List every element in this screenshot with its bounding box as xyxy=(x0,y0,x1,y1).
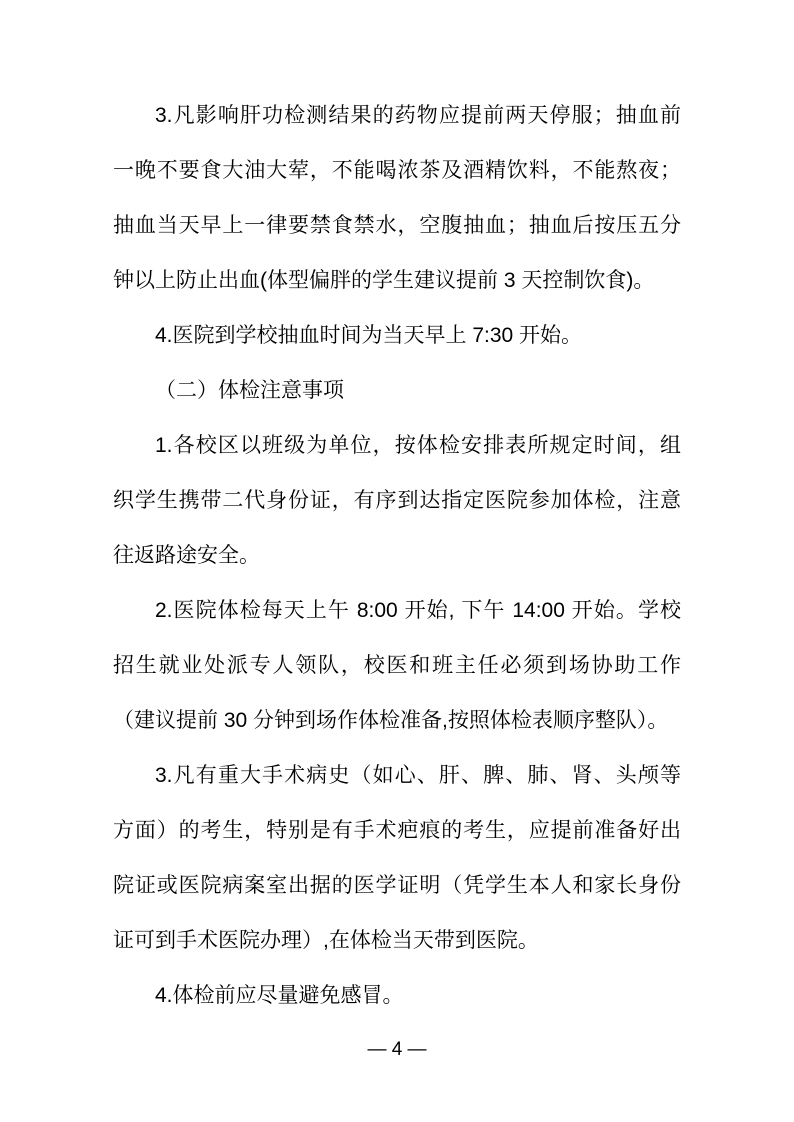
note-4-avoid-cold: 4.体检前应尽量避免感冒。 xyxy=(113,968,681,1023)
note-1-organization: 1.各校区以班级为单位，按体检安排表所规定时间，组织学生携带二代身份证，有序到达… xyxy=(113,418,681,583)
text-line: 钟以上防止出血(体型偏胖的学生建议提前 3 天控制饮食)。 xyxy=(113,253,681,308)
note-3-surgery-history: 3.凡有重大手术病史（如心、肝、脾、肺、肾、头颅等方面）的考生，特别是有手术疤痕… xyxy=(113,748,681,968)
note-2-schedule: 2.医院体检每天上午 8:00 开始, 下午 14:00 开始。学校招生就业处派… xyxy=(113,583,681,748)
text-line: 往返路途安全。 xyxy=(113,528,681,583)
text-line: 一晚不要食大油大荤，不能喝浓茶及酒精饮料，不能熬夜； xyxy=(113,143,681,198)
text-line: 3.凡有重大手术病史（如心、肝、脾、肺、肾、头颅等 xyxy=(113,748,681,803)
item-4-blood-draw-time: 4.医院到学校抽血时间为当天早上 7:30 开始。 xyxy=(113,308,681,363)
text-line: （建议提前 30 分钟到场作体检准备,按照体检表顺序整队）。 xyxy=(113,693,681,748)
text-line: 4.体检前应尽量避免感冒。 xyxy=(113,968,681,1023)
text-line: 招生就业处派专人领队，校医和班主任必须到场协助工作 xyxy=(113,638,681,693)
text-line: 4.医院到学校抽血时间为当天早上 7:30 开始。 xyxy=(113,308,681,363)
document-page: 3.凡影响肝功检测结果的药物应提前两天停服；抽血前一晚不要食大油大荤，不能喝浓茶… xyxy=(0,0,794,1122)
text-line: 1.各校区以班级为单位，按体检安排表所规定时间，组 xyxy=(113,418,681,473)
text-line: 证可到手术医院办理）,在体检当天带到医院。 xyxy=(113,913,681,968)
text-line: 2.医院体检每天上午 8:00 开始, 下午 14:00 开始。学校 xyxy=(113,583,681,638)
text-line: 3.凡影响肝功检测结果的药物应提前两天停服；抽血前 xyxy=(113,88,681,143)
text-line: 抽血当天早上一律要禁食禁水，空腹抽血；抽血后按压五分 xyxy=(113,198,681,253)
section-heading-2: （二）体检注意事项 xyxy=(113,363,681,418)
item-3-blood-test-preparation: 3.凡影响肝功检测结果的药物应提前两天停服；抽血前一晚不要食大油大荤，不能喝浓茶… xyxy=(113,88,681,308)
document-body: 3.凡影响肝功检测结果的药物应提前两天停服；抽血前一晚不要食大油大荤，不能喝浓茶… xyxy=(113,88,681,1023)
text-line: 织学生携带二代身份证，有序到达指定医院参加体检，注意 xyxy=(113,473,681,528)
page-footer: — 4 — xyxy=(0,1038,794,1062)
text-line: （二）体检注意事项 xyxy=(113,363,681,418)
page-number: — 4 — xyxy=(367,1039,426,1060)
text-line: 方面）的考生，特别是有手术疤痕的考生，应提前准备好出 xyxy=(113,803,681,858)
text-line: 院证或医院病案室出据的医学证明（凭学生本人和家长身份 xyxy=(113,858,681,913)
